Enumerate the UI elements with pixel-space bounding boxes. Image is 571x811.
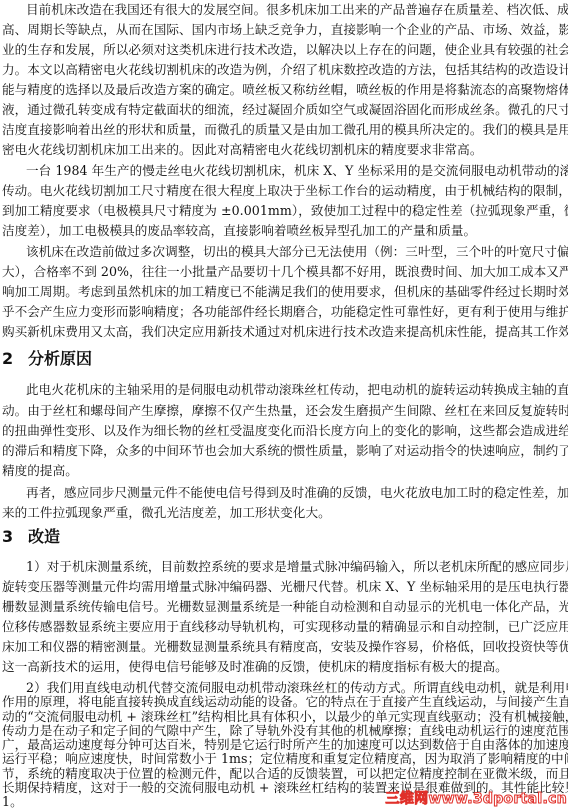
section-number: 2 — [2, 349, 28, 369]
text-line: 的扭曲弹性变形、以及作为细长物的丝杠受温度变化而沿长度方向上的变化的影响，这些都… — [2, 422, 568, 440]
text-line: 力。本文以高精密电火花线切割机床的改造为例，介绍了机床数控改造的方法，包括其结构… — [2, 61, 568, 79]
text-line: 此电火花机床的主轴采用的是伺服电动机带动滚珠丝杠传动，把电动机的旋转运动转换成主… — [26, 381, 568, 399]
text-line: 动。由于丝杠和螺母间产生摩擦，摩擦不仅产生热量，还会发生磨损产生间隙、丝杠在来回… — [2, 402, 568, 420]
text-line: 大），合格率不到 20%，往往一小批量产品要切十几个模具都不好用，既浪费时间、加… — [2, 263, 568, 281]
text-line: 目前机床改造在我国还有很大的发展空间。很多机床加工出来的产品普遍存在质量差、档次… — [26, 1, 568, 19]
text-line: 1）对于机床测量系统，目前数控系统的要求是增量式脉冲编码输入，所以老机床所配的感… — [26, 558, 568, 576]
text-line: 旋转变压器等测量元件均需用增量式脉冲编码器、光栅尺代替。机床 X、Y 坐标轴采用… — [2, 578, 568, 596]
text-line: 床加工和仪器的精密测量。光栅数显测量系统具有精度高，安装及操作容易，价格低，回收… — [2, 638, 568, 656]
section-title: 改造 — [28, 527, 60, 546]
text-line: 高、周期长等缺点，从而在国际、国内市场上缺乏竞争力，直接影响一个企业的产品、市场… — [2, 21, 568, 39]
section-heading-2: 2分析原因 — [2, 349, 92, 369]
text-line: 来的工件拉弧现象严重，微孔光洁度差，加工形状变化大。 — [2, 504, 568, 522]
watermark-logo: 三维网www.3dportal.cn — [386, 791, 567, 807]
text-line: 再者，感应同步尺测量元件不能使电信号得到及时准确的反馈，电火花放电加工时的稳定性… — [26, 484, 568, 502]
text-line: 能与精度的选择以及最后改造方案的确定。喷丝板又称纺丝帽，喷丝板的作用是将黏流态的… — [2, 81, 568, 99]
text-line: 精度的提高。 — [2, 462, 568, 480]
text-line: 传动。电火花线切割加工尺寸精度在很大程度上取决于坐标工作台的运动精度，由于机械结… — [2, 182, 568, 200]
document-page: 目前机床改造在我国还有很大的发展空间。很多机床加工出来的产品普遍存在质量差、档次… — [0, 0, 571, 811]
text-line: 的滞后和精度下降，众多的中间环节也会加大系统的惯性质量，影响了对运动指令的快速响… — [2, 442, 568, 460]
text-line: 乎不会产生应力变形而影响精度；各功能部件经长期磨合，功能稳定性可靠性好，更有利于… — [2, 303, 568, 321]
text-line: 一台 1984 年生产的慢走丝电火花线切割机床，机床 X、Y 坐标采用的是交流伺… — [26, 162, 568, 180]
text-line: 洁度直接影响着出丝的形状和质量，而微孔的质量又是由加工微孔用的模具所决定的。我们… — [2, 121, 568, 139]
section-number: 3 — [2, 527, 28, 547]
text-line: 到加工精度要求（电极模具尺寸精度为 ±0.001mm），致使加工过程中的稳定性差… — [2, 202, 568, 220]
text-line: 密电火花线切割机床加工出来的。因此对高精密电火花线切割机床的精度要求非常高。 — [2, 141, 568, 159]
text-line: 该机床在改造前做过多次调整，切出的模具大部分已无法使用（例：三叶型，三个叶的叶宽… — [26, 243, 568, 261]
text-line: 这一高新技术的运用，使得电信号能够及时准确的反馈，使机床的精度指标有极大的提高。 — [2, 658, 568, 676]
text-line: 位移传感器数显系统主要应用于直线移动导轨机构，可实现移动量的精确显示和自动控制，… — [2, 618, 568, 636]
text-line: 购买新机床费用又太高，我们决定应用新技术通过对机床进行技术改造来提高机床性能，提… — [2, 323, 568, 341]
text-line: 洁度差），加工电极模具的废品率较高，直接影响着喷丝板异型孔加工的产量和质量。 — [2, 222, 568, 240]
section-title: 分析原因 — [28, 349, 92, 368]
text-line: 响加工周期。考虑到虽然机床的加工精度已不能满足我们的使用要求，但机床的基础零件经… — [2, 283, 568, 301]
text-line: 业的生存和发展，所以必须对这类机床进行技术改造，以解决以上存在的问题，使企业具有… — [2, 41, 568, 59]
text-line: 液，通过微孔转变成有特定截面状的细流，经过凝固介质如空气或凝固浴固化而形成丝条。… — [2, 101, 568, 119]
section-heading-3: 3改造 — [2, 527, 60, 547]
text-line: 栅数显测量系统传输电信号。光栅数显测量系统是一种能自动检测和自动显示的光机电一体… — [2, 598, 568, 616]
